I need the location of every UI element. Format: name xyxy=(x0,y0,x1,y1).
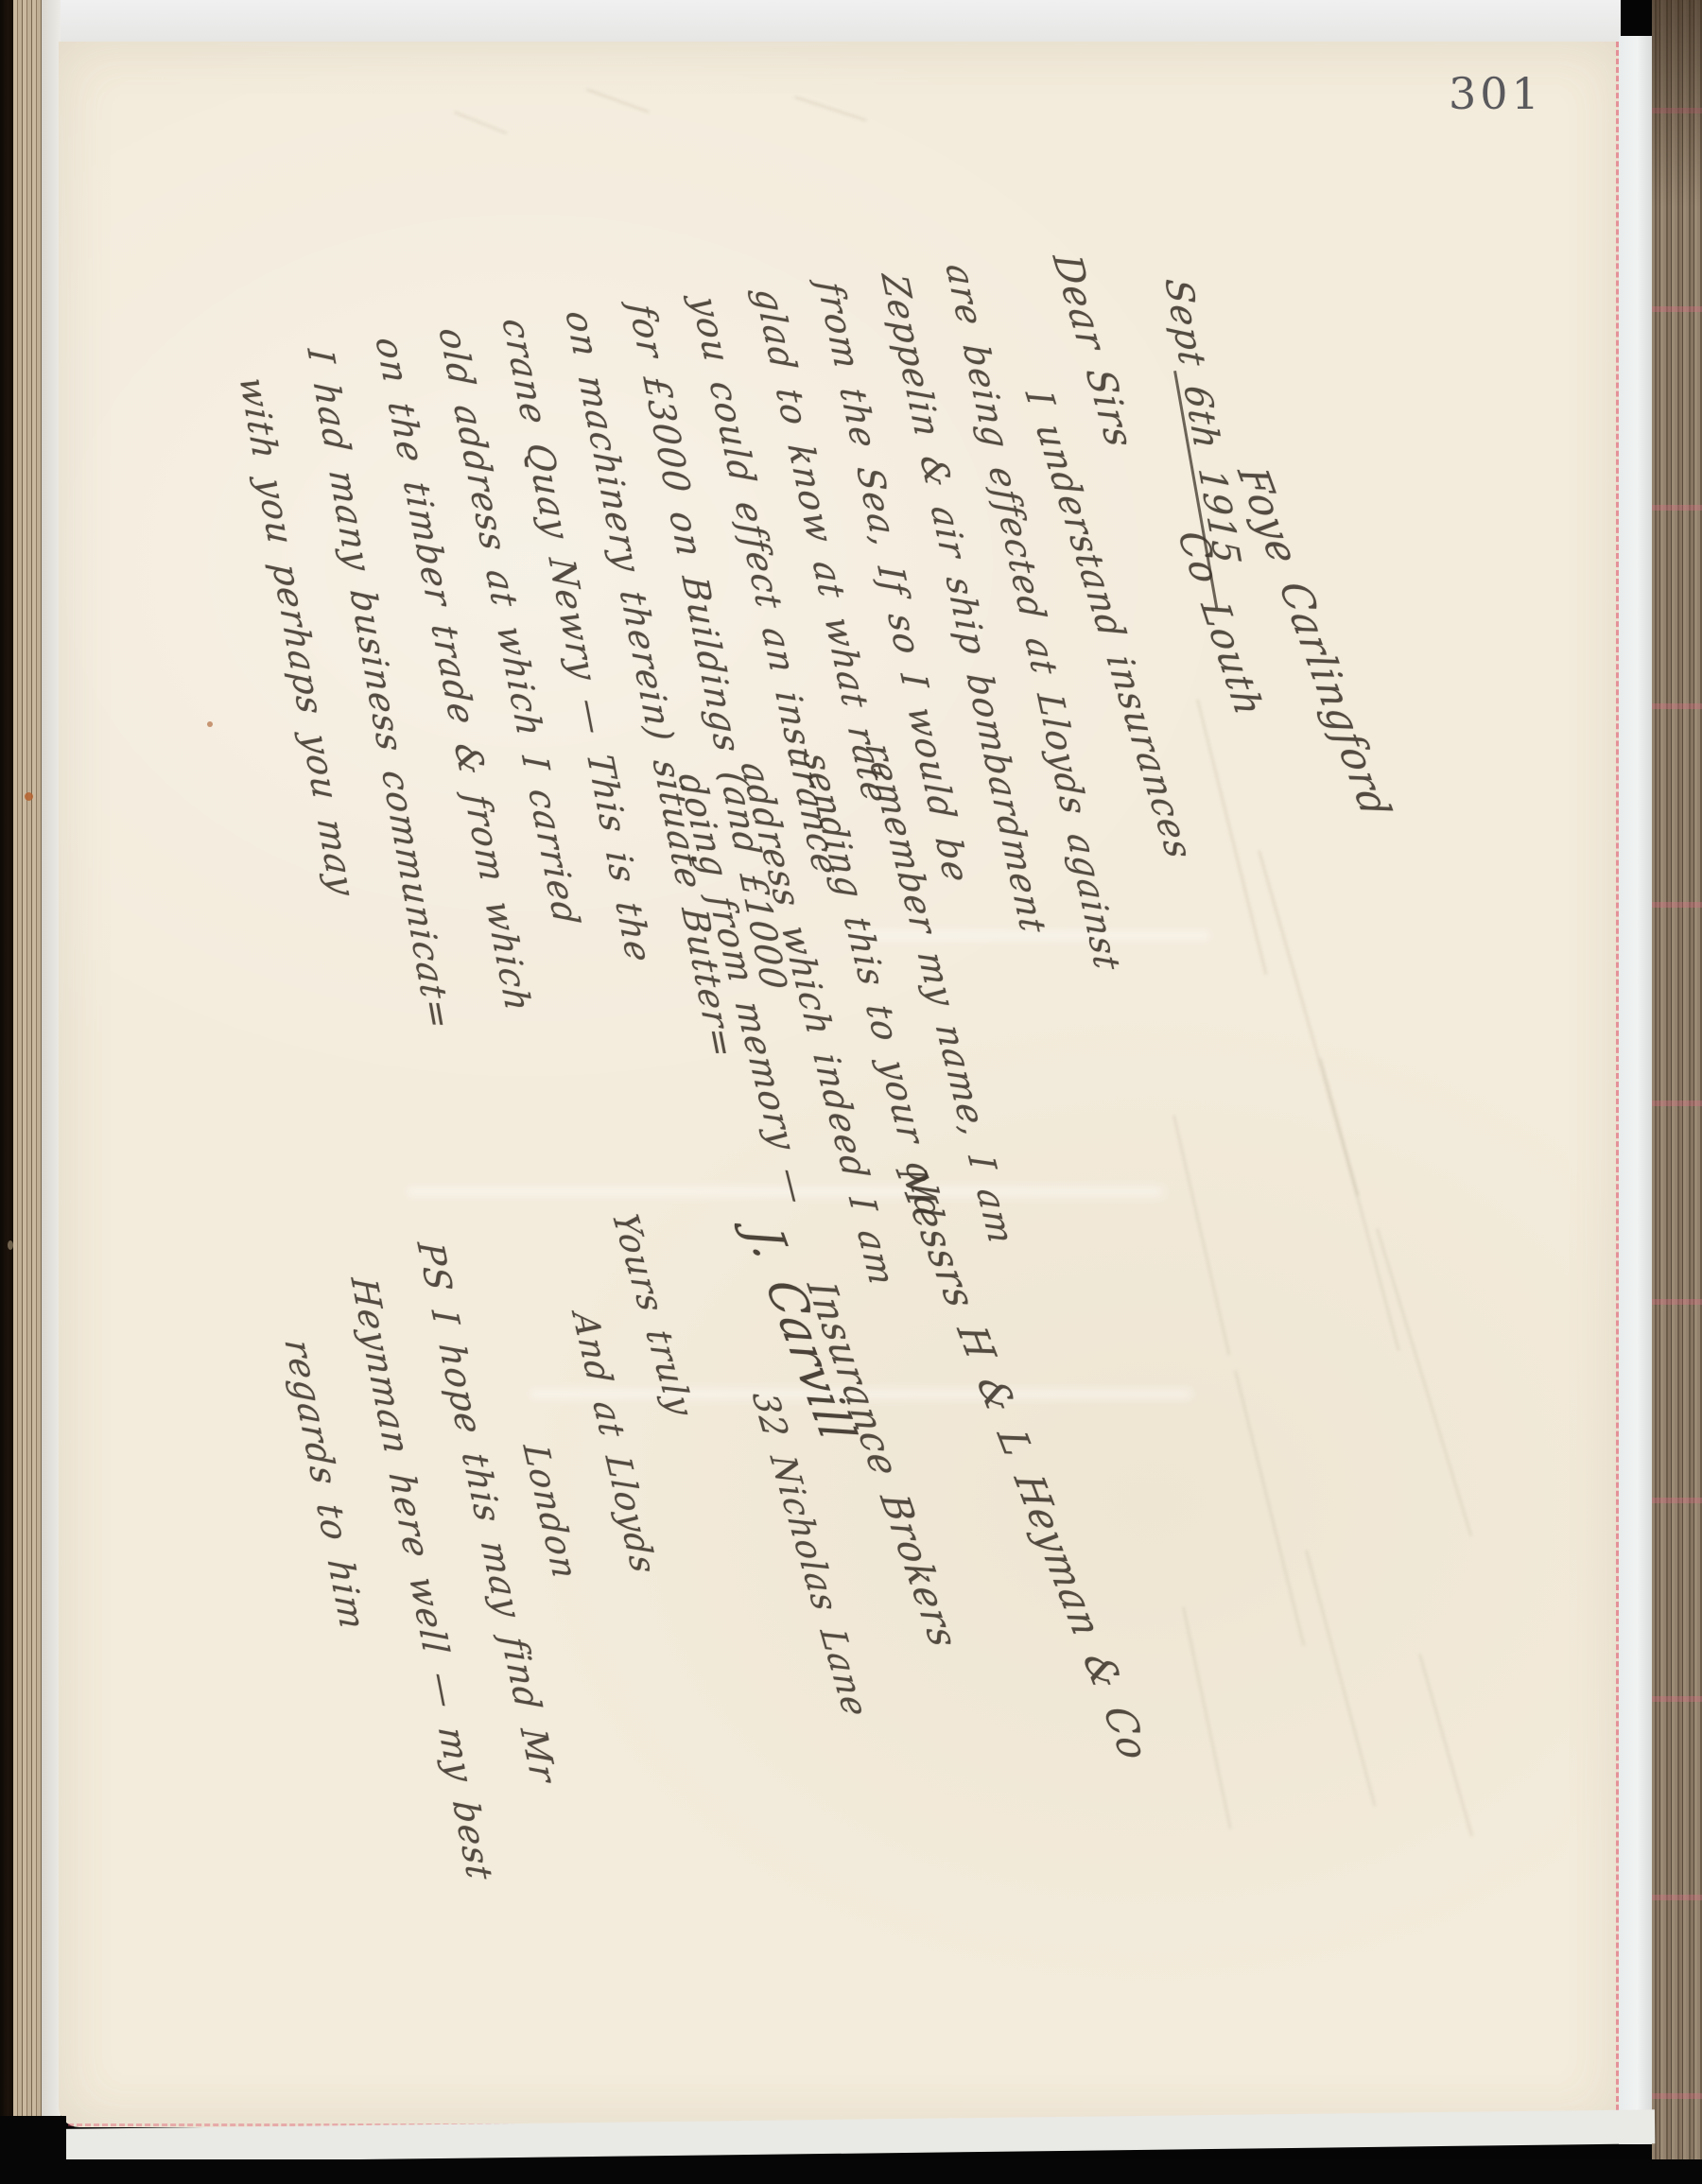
background-corner xyxy=(0,2116,66,2184)
rust-fleck xyxy=(207,721,213,727)
right-underpage-edge xyxy=(1619,36,1652,2144)
page-number: 301 xyxy=(1449,68,1543,119)
book-fore-edge xyxy=(1652,0,1702,2184)
left-page-edges xyxy=(13,0,42,2123)
underlying-page-top-edge xyxy=(0,0,1621,44)
rust-fleck xyxy=(25,792,33,801)
left-underpage-edge xyxy=(42,0,61,2127)
scanned-letterbook-page: 301 Sept 6th 1915 Foye Carlingford Co Lo… xyxy=(0,0,1702,2184)
book-gutter-spine xyxy=(0,0,13,2127)
paper-fleck xyxy=(8,1240,13,1250)
background-bottom xyxy=(0,2159,1702,2184)
